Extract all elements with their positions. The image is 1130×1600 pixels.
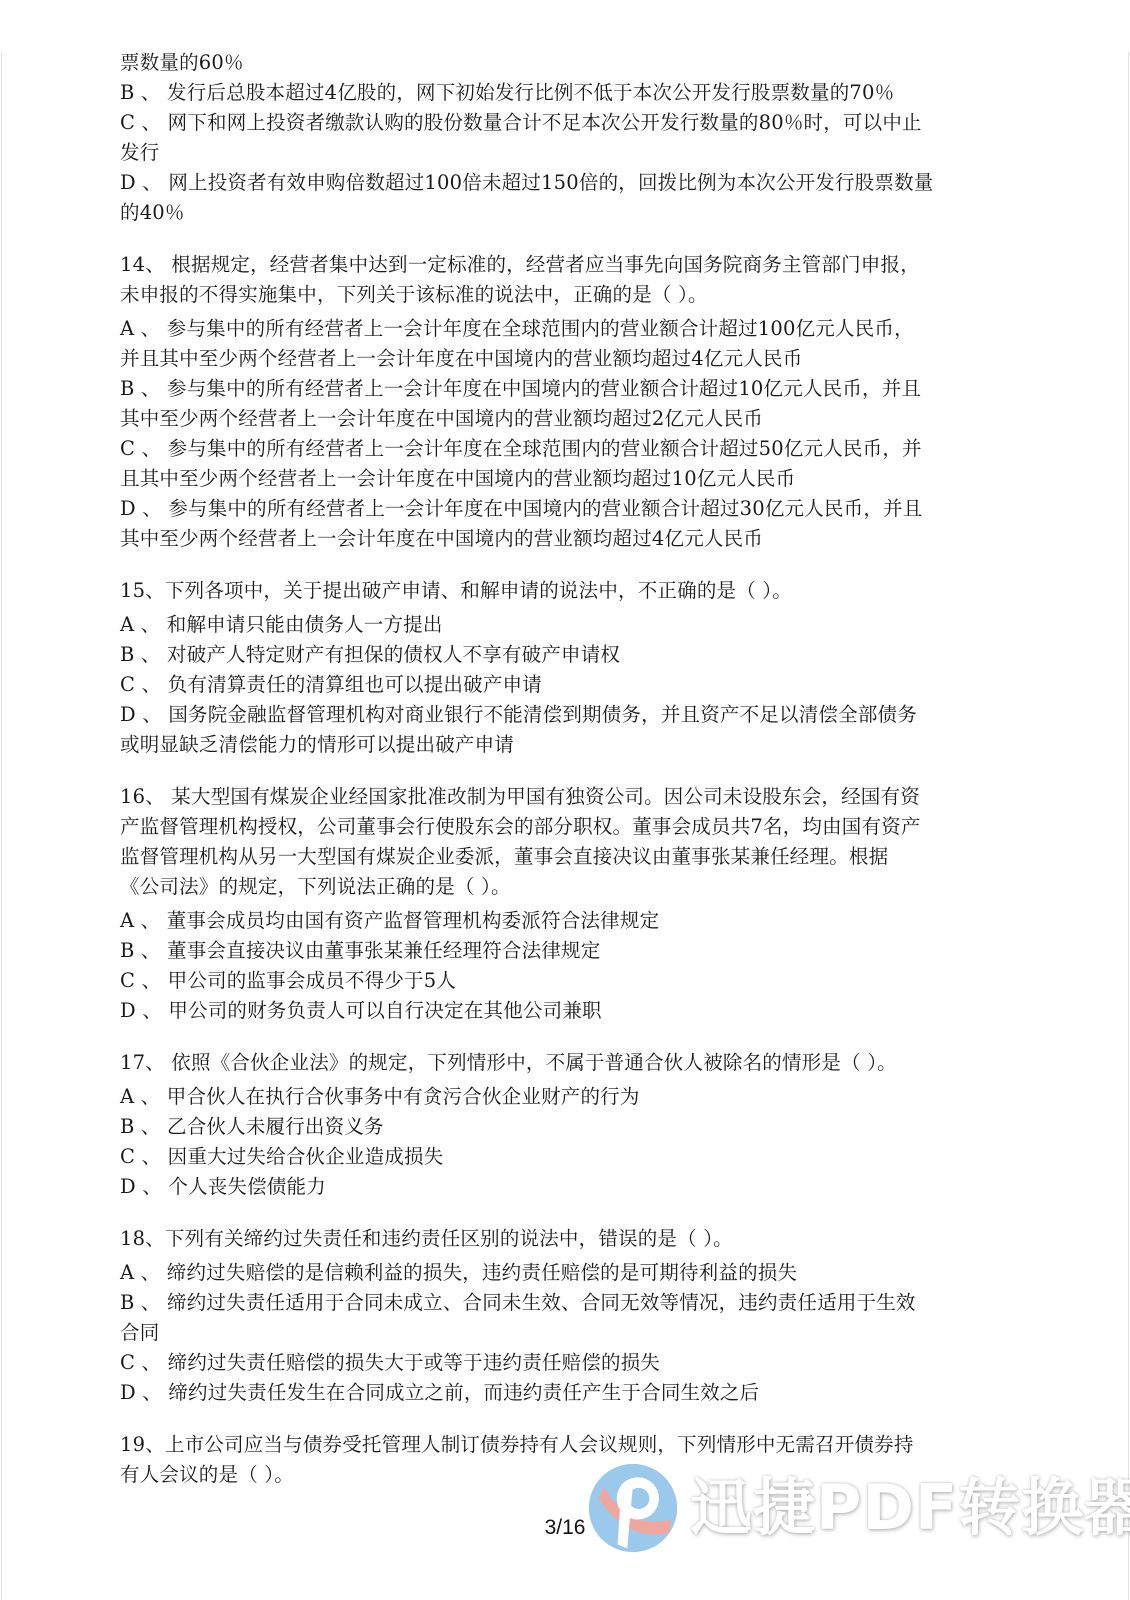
question-17: 17、 依照《合伙企业法》的规定，下列情形中，不属于普通合伙人被除名的情形是（ …	[120, 1048, 1000, 1202]
option-line: 其中至少两个经营者上一会计年度在中国境内的营业额均超过4亿元人民币	[120, 524, 1000, 554]
question-13-continuation: 票数量的60％ B 、 发行后总股本超过4亿股的，网下初始发行比例不低于本次公开…	[120, 48, 1000, 228]
stem-line: 15、下列各项中，关于提出破产申请、和解申请的说法中，不正确的是（ ）。	[120, 576, 1000, 606]
option-b: B 、 董事会直接决议由董事张某兼任经理符合法律规定	[120, 936, 1000, 966]
text-line: 的40％	[120, 198, 1000, 228]
option-line: 合同	[120, 1318, 1000, 1348]
stem-line: 19、上市公司应当与债券受托管理人制订债券持有人会议规则，下列情形中无需召开债券…	[120, 1430, 1000, 1460]
stem-line: 有人会议的是（ ）。	[120, 1460, 1000, 1490]
stem-line: 监督管理机构从另一大型国有煤炭企业委派，董事会直接决议由董事张某兼任经理。根据	[120, 842, 1000, 872]
stem-line: 17、 依照《合伙企业法》的规定，下列情形中，不属于普通合伙人被除名的情形是（ …	[120, 1048, 1000, 1078]
option-d: D 、 网上投资者有效申购倍数超过100倍未超过150倍的，回拨比例为本次公开发…	[120, 168, 1000, 198]
option-d: D 、 缔约过失责任发生在合同成立之前，而违约责任产生于合同生效之后	[120, 1378, 1000, 1408]
option-line: 其中至少两个经营者上一会计年度在中国境内的营业额均超过2亿元人民币	[120, 404, 1000, 434]
option-b: B 、 对破产人特定财产有担保的债权人不享有破产申请权	[120, 640, 1000, 670]
option-b: B 、 发行后总股本超过4亿股的，网下初始发行比例不低于本次公开发行股票数量的7…	[120, 78, 1000, 108]
question-options: A 、 甲合伙人在执行合伙事务中有贪污合伙企业财产的行为 B 、 乙合伙人未履行…	[120, 1082, 1000, 1202]
question-options: A 、 参与集中的所有经营者上一会计年度在全球范围内的营业额合计超过100亿元人…	[120, 314, 1000, 554]
stem-line: 14、 根据规定，经营者集中达到一定标准的，经营者应当事先向国务院商务主管部门申…	[120, 250, 1000, 280]
stem-line: 18、下列有关缔约过失责任和违约责任区别的说法中，错误的是（ ）。	[120, 1224, 1000, 1254]
question-options: A 、 董事会成员均由国有资产监督管理机构委派符合法律规定 B 、 董事会直接决…	[120, 906, 1000, 1026]
stem-line: 未申报的不得实施集中，下列关于该标准的说法中，正确的是（ ）。	[120, 280, 1000, 310]
stem-line: 《公司法》的规定，下列说法正确的是（ ）。	[120, 872, 1000, 902]
text-line: 发行	[120, 138, 1000, 168]
question-options: A 、 缔约过失赔偿的是信赖利益的损失，违约责任赔偿的是可期待利益的损失 B 、…	[120, 1258, 1000, 1408]
option-line: 并且其中至少两个经营者上一会计年度在中国境内的营业额均超过4亿元人民币	[120, 344, 1000, 374]
option-c: C 、 参与集中的所有经营者上一会计年度在全球范围内的营业额合计超过50亿元人民…	[120, 434, 1000, 464]
option-b: B 、 缔约过失责任适用于合同未成立、合同未生效、合同无效等情况，违约责任适用于…	[120, 1288, 1000, 1318]
option-b: B 、 乙合伙人未履行出资义务	[120, 1112, 1000, 1142]
option-c: C 、 负有清算责任的清算组也可以提出破产申请	[120, 670, 1000, 700]
question-options: A 、 和解申请只能由债务人一方提出 B 、 对破产人特定财产有担保的债权人不享…	[120, 610, 1000, 760]
option-c: C 、 网下和网上投资者缴款认购的股份数量合计不足本次公开发行数量的80％时，可…	[120, 108, 1000, 138]
option-d: D 、 甲公司的财务负责人可以自行决定在其他公司兼职	[120, 996, 1000, 1026]
page-left-edge	[1, 52, 2, 1600]
option-line: 或明显缺乏清偿能力的情形可以提出破产申请	[120, 730, 1000, 760]
question-stem: 17、 依照《合伙企业法》的规定，下列情形中，不属于普通合伙人被除名的情形是（ …	[120, 1048, 1000, 1078]
text-line: 票数量的60％	[120, 48, 1000, 78]
option-a: A 、 董事会成员均由国有资产监督管理机构委派符合法律规定	[120, 906, 1000, 936]
option-a: A 、 甲合伙人在执行合伙事务中有贪污合伙企业财产的行为	[120, 1082, 1000, 1112]
page-right-edge	[1128, 52, 1129, 1600]
question-19: 19、上市公司应当与债券受托管理人制订债券持有人会议规则，下列情形中无需召开债券…	[120, 1430, 1000, 1490]
option-a: A 、 参与集中的所有经营者上一会计年度在全球范围内的营业额合计超过100亿元人…	[120, 314, 1000, 344]
question-16: 16、 某大型国有煤炭企业经国家批准改制为甲国有独资公司。因公司未设股东会，经国…	[120, 782, 1000, 1026]
question-14: 14、 根据规定，经营者集中达到一定标准的，经营者应当事先向国务院商务主管部门申…	[120, 250, 1000, 554]
option-c: C 、 因重大过失给合伙企业造成损失	[120, 1142, 1000, 1172]
option-c: C 、 甲公司的监事会成员不得少于5人	[120, 966, 1000, 996]
question-stem: 18、下列有关缔约过失责任和违约责任区别的说法中，错误的是（ ）。	[120, 1224, 1000, 1254]
question-stem: 15、下列各项中，关于提出破产申请、和解申请的说法中，不正确的是（ ）。	[120, 576, 1000, 606]
question-18: 18、下列有关缔约过失责任和违约责任区别的说法中，错误的是（ ）。 A 、 缔约…	[120, 1224, 1000, 1408]
stem-line: 产监督管理机构授权，公司董事会行使股东会的部分职权。董事会成员共7名，均由国有资…	[120, 812, 1000, 842]
option-d: D 、 国务院金融监督管理机构对商业银行不能清偿到期债务，并且资产不足以清偿全部…	[120, 700, 1000, 730]
option-a: A 、 缔约过失赔偿的是信赖利益的损失，违约责任赔偿的是可期待利益的损失	[120, 1258, 1000, 1288]
question-stem: 16、 某大型国有煤炭企业经国家批准改制为甲国有独资公司。因公司未设股东会，经国…	[120, 782, 1000, 902]
page-number: 3/16	[0, 1516, 1130, 1540]
question-stem: 19、上市公司应当与债券受托管理人制订债券持有人会议规则，下列情形中无需召开债券…	[120, 1430, 1000, 1490]
document-page: 票数量的60％ B 、 发行后总股本超过4亿股的，网下初始发行比例不低于本次公开…	[120, 48, 1000, 1490]
option-d: D 、 参与集中的所有经营者上一会计年度在中国境内的营业额合计超过30亿元人民币…	[120, 494, 1000, 524]
question-stem: 14、 根据规定，经营者集中达到一定标准的，经营者应当事先向国务院商务主管部门申…	[120, 250, 1000, 310]
option-a: A 、 和解申请只能由债务人一方提出	[120, 610, 1000, 640]
option-line: 且其中至少两个经营者上一会计年度在中国境内的营业额均超过10亿元人民币	[120, 464, 1000, 494]
option-b: B 、 参与集中的所有经营者上一会计年度在中国境内的营业额合计超过10亿元人民币…	[120, 374, 1000, 404]
option-d: D 、 个人丧失偿债能力	[120, 1172, 1000, 1202]
stem-line: 16、 某大型国有煤炭企业经国家批准改制为甲国有独资公司。因公司未设股东会，经国…	[120, 782, 1000, 812]
option-c: C 、 缔约过失责任赔偿的损失大于或等于违约责任赔偿的损失	[120, 1348, 1000, 1378]
question-15: 15、下列各项中，关于提出破产申请、和解申请的说法中，不正确的是（ ）。 A 、…	[120, 576, 1000, 760]
